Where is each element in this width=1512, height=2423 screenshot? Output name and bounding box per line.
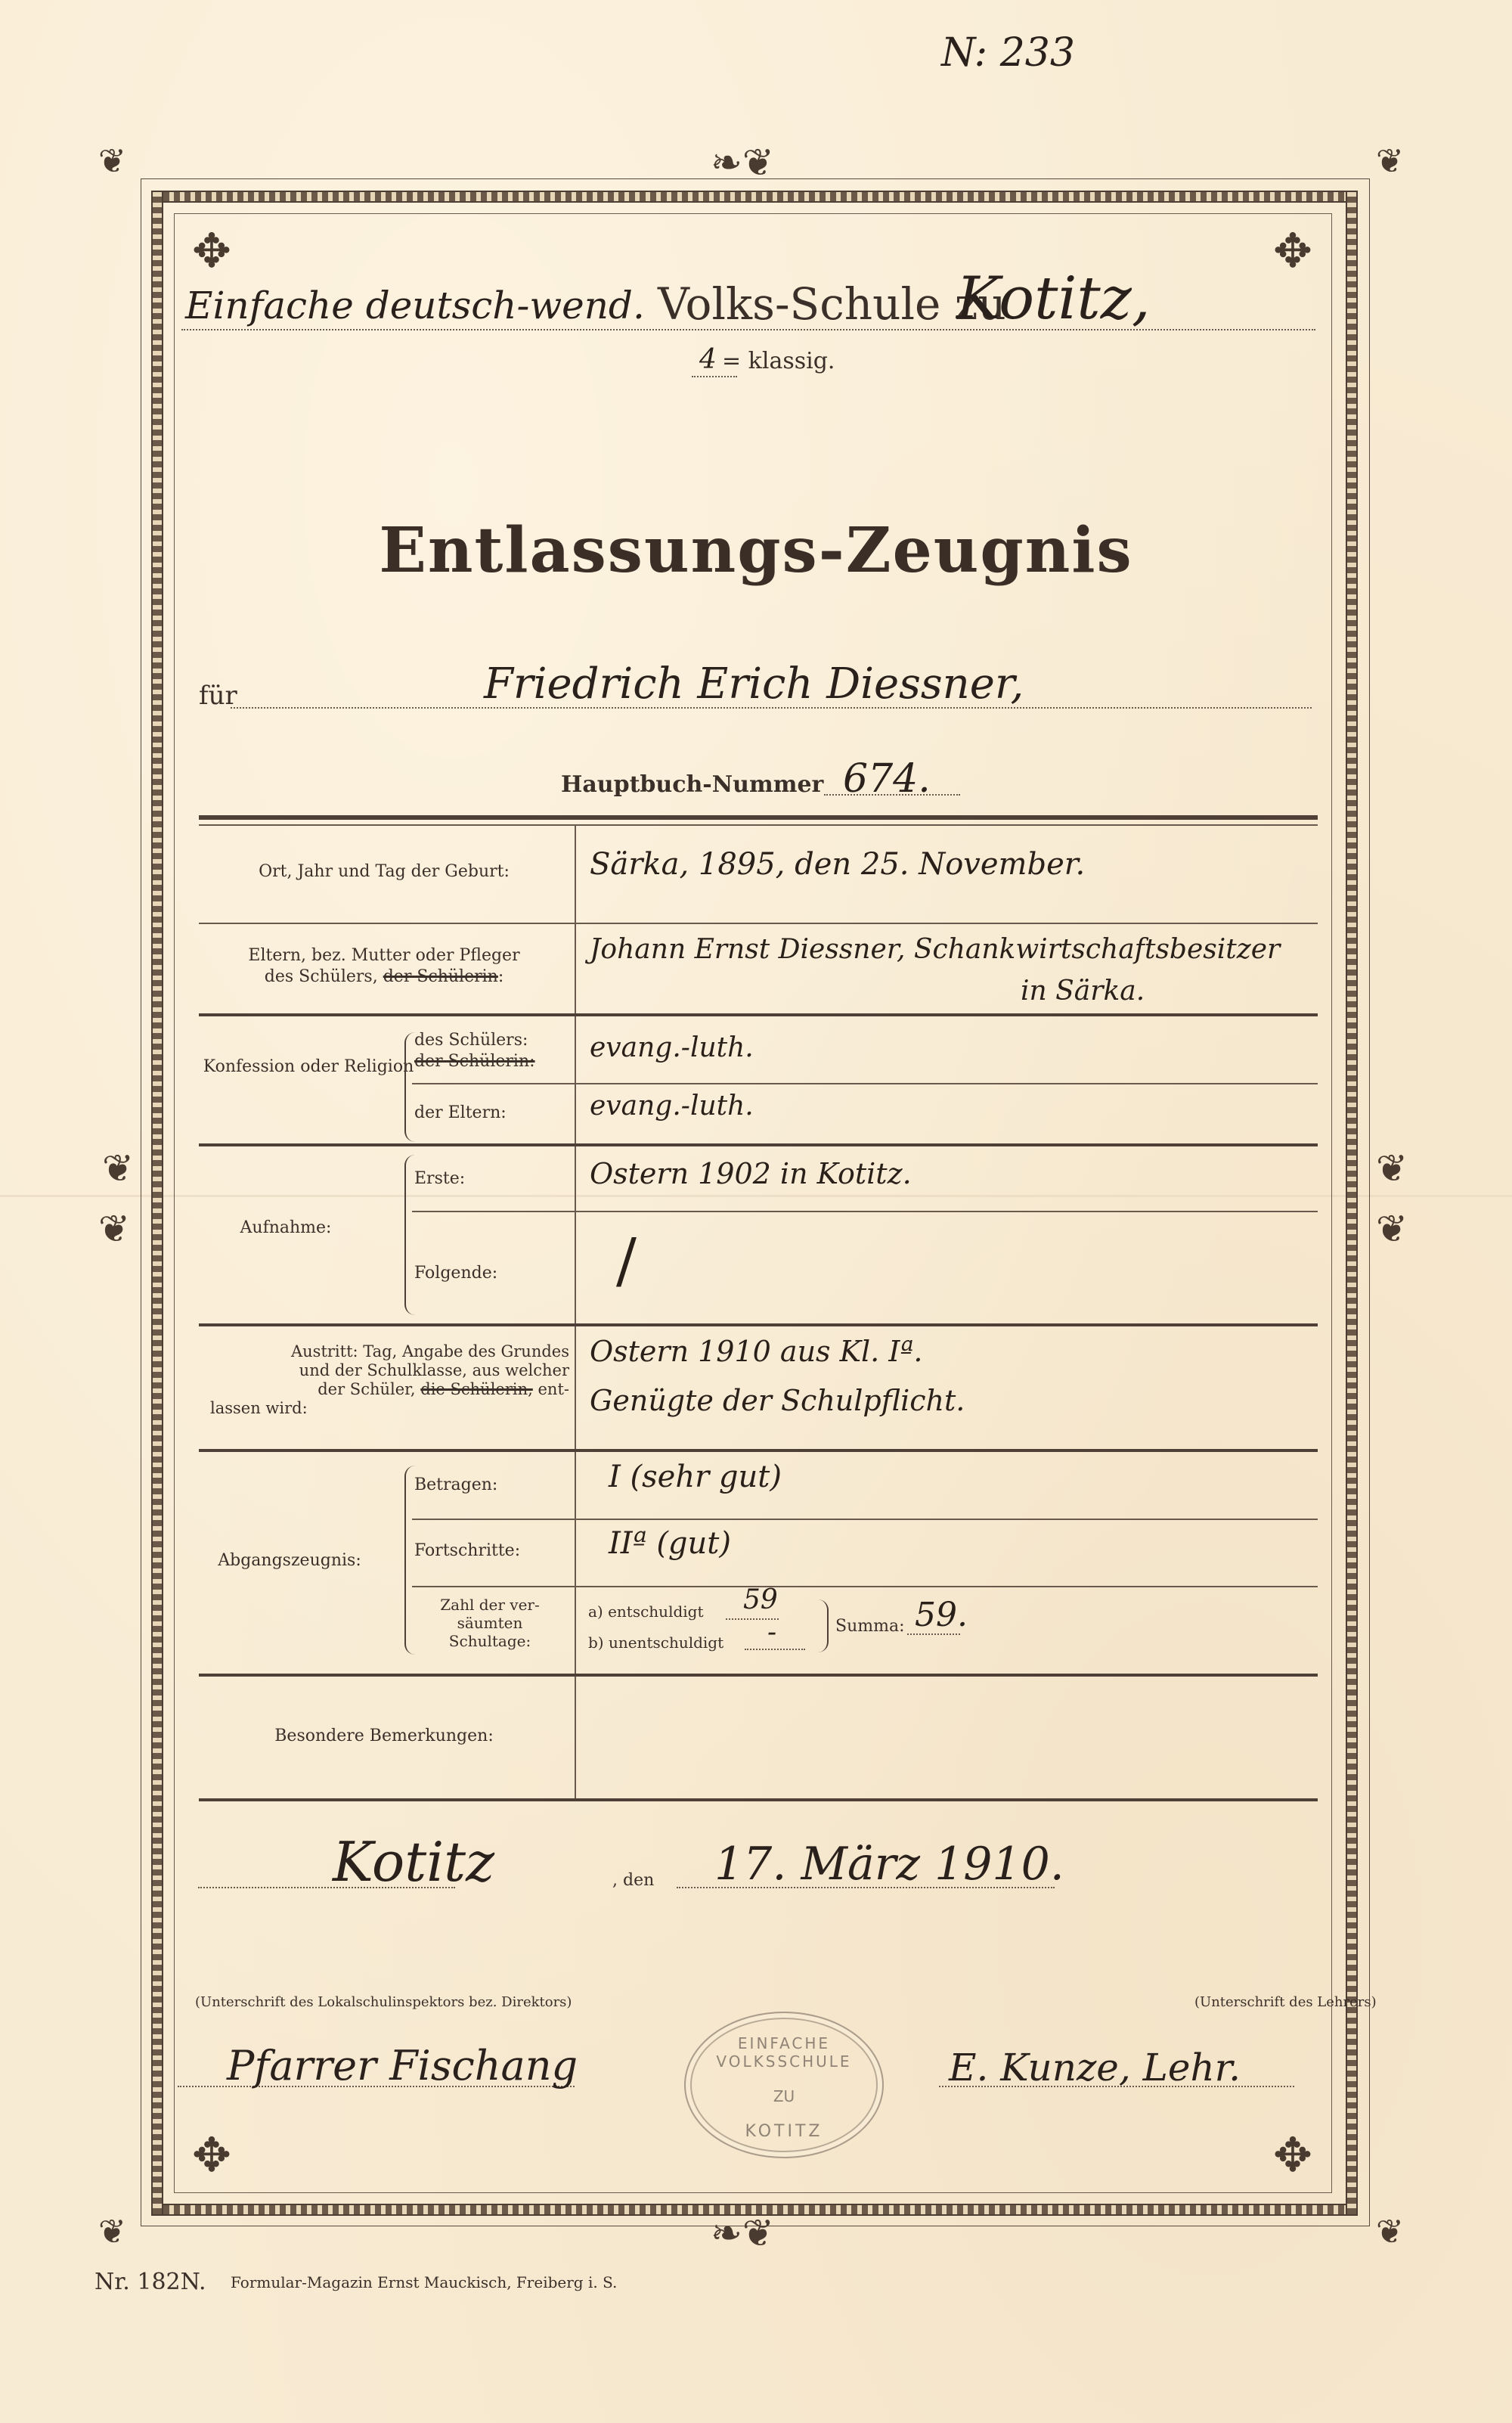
religion-student-label: des Schülers: der Schülerin: <box>414 1030 565 1072</box>
frame-band-top <box>151 191 1358 203</box>
school-stamp: EINFACHE VOLKSSCHULE ZU KOTITZ <box>684 2012 884 2158</box>
palmette-ornament-icon: ❦ <box>1376 1210 1408 1248</box>
student-name: Friedrich Erich Diessner, <box>484 659 1024 709</box>
frame-band-left <box>151 191 163 2216</box>
religion-parents-label: der Eltern: <box>414 1103 565 1124</box>
exit-value-line2: Genügte der Schulpflicht. <box>590 1384 965 1417</box>
classes-dotted-line <box>692 376 737 377</box>
struck-text: der Schülerin <box>383 967 498 986</box>
right-signature: E. Kunze, Lehr. <box>949 2046 1241 2089</box>
exit-label: Austritt: Tag, Angabe des Grundes und de… <box>199 1342 569 1418</box>
conduct-label: Betragen: <box>414 1475 565 1496</box>
corner-ornament-icon: ❦ <box>98 2216 126 2249</box>
parents-label-line1: Eltern, bez. Mutter oder Pfleger <box>199 945 569 966</box>
inner-corner-scroll-icon: ✥ <box>1263 221 1323 281</box>
progress-value: IIª (gut) <box>609 1526 731 1561</box>
sum-value: 59. <box>915 1596 968 1634</box>
row-divider <box>199 1143 1318 1146</box>
parents-value-line2: in Särka. <box>1021 976 1145 1007</box>
inner-corner-scroll-icon: ✥ <box>1263 2125 1323 2186</box>
form-number: Nr. 182N. <box>94 2269 206 2295</box>
corner-ornament-icon: ❦ <box>1376 2216 1404 2249</box>
classes-label: = klassig. <box>722 348 835 374</box>
inner-corner-scroll-icon: ✥ <box>181 221 242 281</box>
birth-value: Särka, 1895, den 25. November. <box>590 847 1085 882</box>
religion-parents-value: evang.-luth. <box>590 1091 754 1122</box>
absences-label: Zahl der ver- säumten Schultage: <box>414 1596 565 1650</box>
admission-first-label: Erste: <box>414 1168 565 1190</box>
remarks-label: Besondere Bemerkungen: <box>199 1726 569 1747</box>
frame-inner-line <box>174 213 1332 2193</box>
unexcused-label: b) unentschuldigt <box>588 1632 723 1653</box>
den-label: , den <box>612 1871 654 1890</box>
admission-following-label: Folgende: <box>414 1263 565 1284</box>
table-top-rule <box>199 815 1318 820</box>
left-signature-caption: (Unterschrift des Lokalschulinspektors b… <box>195 1994 572 2010</box>
parents-label-line2: des Schülers, der Schülerin: <box>199 966 569 988</box>
right-signature-caption: (Unterschrift des Lehrers) <box>1194 1994 1377 2010</box>
progress-label: Fortschritte: <box>414 1540 565 1562</box>
leaving-certificate-label: Abgangszeugnis: <box>199 1550 380 1571</box>
student-name-text: Friedrich Erich Diessner, <box>484 659 1024 709</box>
school-type-handwritten: Einfache deutsch-wend. <box>185 284 645 327</box>
table-column-divider <box>575 826 576 1799</box>
frame-band-right <box>1346 191 1358 2216</box>
document-number: N: 233 <box>941 30 1075 76</box>
page-title: Entlassungs-Zeugnis <box>0 514 1512 587</box>
admission-label: Aufnahme: <box>199 1218 373 1239</box>
publisher-imprint: Formular-Magazin Ernst Mauckisch, Freibe… <box>231 2273 617 2291</box>
row-divider <box>199 1449 1318 1452</box>
classes-number: 4 <box>699 344 717 375</box>
admission-following-value: / <box>616 1225 637 1295</box>
palmette-ornament-icon: ❧❦ <box>711 2214 774 2252</box>
excused-label: a) entschuldigt <box>588 1601 704 1622</box>
for-label: für <box>199 681 237 711</box>
row-divider <box>199 1013 1318 1016</box>
row-divider <box>199 923 1318 924</box>
inner-corner-scroll-icon: ✥ <box>181 2125 242 2186</box>
ledger-label: Hauptbuch-Nummer <box>561 771 823 798</box>
row-divider <box>412 1519 1318 1520</box>
closing-brace <box>816 1599 829 1652</box>
row-divider <box>412 1083 1318 1084</box>
row-divider <box>199 1674 1318 1677</box>
conduct-value: I (sehr gut) <box>609 1460 782 1494</box>
parents-label: Eltern, bez. Mutter oder Pfleger des Sch… <box>199 945 569 988</box>
excused-value: 59 <box>743 1584 778 1615</box>
admission-first-value: Ostern 1902 in Kotitz. <box>590 1157 912 1190</box>
palmette-ornament-icon: ❦ <box>98 1210 130 1248</box>
row-divider <box>199 1323 1318 1326</box>
place-value: Kotitz <box>333 1830 494 1894</box>
religion-student-value: evang.-luth. <box>590 1032 754 1063</box>
unexcused-value: - <box>767 1617 776 1648</box>
struck-text: der Schülerin: <box>414 1051 565 1072</box>
unexcused-dotted-line <box>745 1649 805 1650</box>
palmette-ornament-icon: ❦ <box>102 1149 134 1187</box>
table-top-rule-thin <box>199 824 1318 826</box>
school-location: Kotitz, <box>956 265 1151 333</box>
exit-value-line1: Ostern 1910 aus Kl. Iª. <box>590 1335 922 1368</box>
birth-label: Ort, Jahr und Tag der Geburt: <box>199 861 569 883</box>
table-bottom-rule <box>199 1798 1318 1801</box>
left-signature: Pfarrer Fischang <box>227 2042 578 2089</box>
parents-value-line1: Johann Ernst Diessner, Schankwirtschafts… <box>590 934 1280 965</box>
palmette-ornament-icon: ❦ <box>1376 1149 1408 1187</box>
school-type-printed: Volks-Schule zu <box>658 278 1006 330</box>
date-value: 17. März 1910. <box>714 1838 1064 1891</box>
corner-ornament-icon: ❦ <box>98 145 126 178</box>
row-divider <box>412 1586 1318 1587</box>
corner-ornament-icon: ❦ <box>1376 145 1404 178</box>
row-divider <box>412 1211 1318 1212</box>
struck-text: die Schülerin, <box>420 1380 533 1398</box>
palmette-ornament-icon: ❧❦ <box>711 144 774 181</box>
religion-label: Konfession oder Religion <box>199 1056 418 1078</box>
ledger-number: 674. <box>843 756 931 802</box>
sum-label: Summa: <box>835 1616 905 1637</box>
